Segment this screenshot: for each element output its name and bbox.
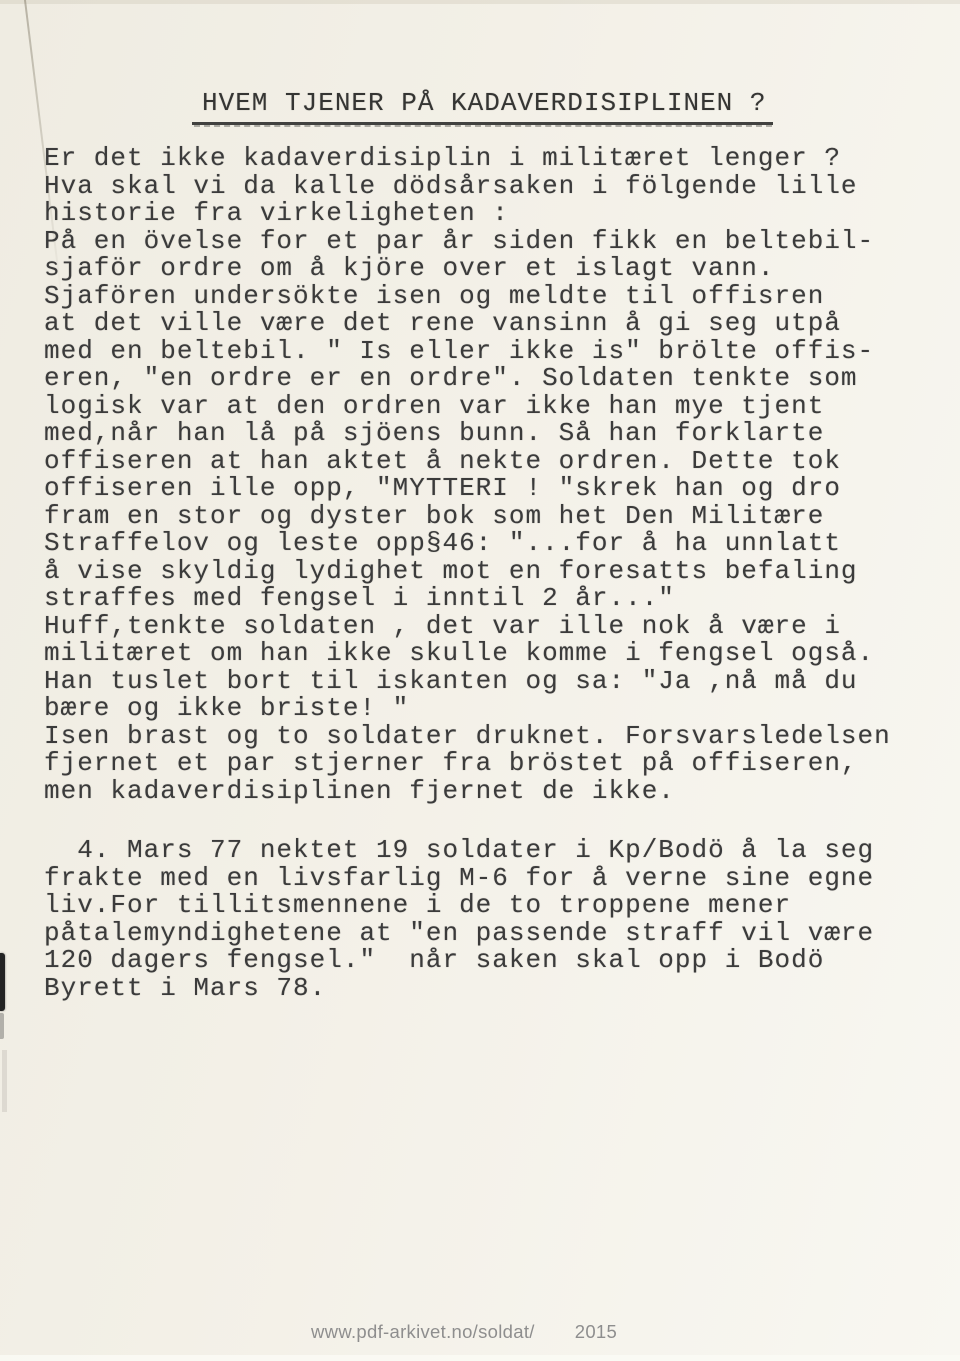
- text-line: straffes med fengsel i inntil 2 år...": [44, 585, 891, 613]
- scan-smudge-artifact: [0, 1013, 4, 1039]
- title-underline-dashes: [194, 125, 772, 127]
- text-line: med,når han lå på sjöens bunn. Så han fo…: [44, 420, 891, 448]
- text-line: men kadaverdisiplinen fjernet de ikke.: [44, 778, 891, 806]
- text-line: historie fra virkeligheten :: [44, 200, 891, 228]
- footer-url: www.pdf-arkivet.no/soldat/: [311, 1321, 535, 1342]
- text-line: liv.For tillitsmennene i de to troppene …: [44, 892, 874, 920]
- scanned-document-page: HVEM TJENER PÅ KADAVERDISIPLINEN ? Er de…: [0, 0, 960, 1361]
- scan-top-edge-shade: [0, 0, 960, 4]
- text-line: fjernet et par stjerner fra bröstet på o…: [44, 750, 891, 778]
- paragraph-bodo-case: 4. Mars 77 nektet 19 soldater i Kp/Bodö …: [44, 837, 874, 1002]
- text-line: militæret om han ikke skulle komme i fen…: [44, 640, 891, 668]
- text-line: Sjafören undersökte isen og meldte til o…: [44, 283, 891, 311]
- text-line: at det ville være det rene vansinn å gi …: [44, 310, 891, 338]
- text-line: offiseren at han aktet å nekte ordren. D…: [44, 448, 891, 476]
- text-line: påtalemyndighetene at "en passende straf…: [44, 920, 874, 948]
- text-line: logisk var at den ordren var ikke han my…: [44, 393, 891, 421]
- scan-bottom-edge-shade: [0, 1355, 960, 1361]
- text-line: bære og ikke briste! ": [44, 695, 891, 723]
- text-line: fram en stor og dyster bok som het Den M…: [44, 503, 891, 531]
- text-line: 120 dagers fengsel." når saken skal opp …: [44, 947, 874, 975]
- text-line: å vise skyldig lydighet mot en foresatts…: [44, 558, 891, 586]
- text-line: Hva skal vi da kalle dödsårsaken i fölge…: [44, 173, 891, 201]
- text-line: Byrett i Mars 78.: [44, 975, 874, 1003]
- page-title: HVEM TJENER PÅ KADAVERDISIPLINEN ?: [192, 88, 773, 125]
- text-line: eren, "en ordre er en ordre". Soldaten t…: [44, 365, 891, 393]
- text-line: Huff,tenkte soldaten , det var ille nok …: [44, 613, 891, 641]
- footer-watermark: www.pdf-arkivet.no/soldat/2015: [311, 1321, 617, 1343]
- paragraph-story: Er det ikke kadaverdisiplin i militæret …: [44, 145, 891, 805]
- text-line: med en beltebil. " Is eller ikke is" brö…: [44, 338, 891, 366]
- text-line: offiseren ille opp, "MYTTERI ! "skrek ha…: [44, 475, 891, 503]
- text-line: På en övelse for et par år siden fikk en…: [44, 228, 891, 256]
- scan-ink-smudge-artifact: [0, 953, 5, 1011]
- text-line: Straffelov og leste opp§46: "...for å ha…: [44, 530, 891, 558]
- footer-year: 2015: [575, 1321, 617, 1342]
- text-line: Isen brast og to soldater druknet. Forsv…: [44, 723, 891, 751]
- text-line: frakte med en livsfarlig M-6 for å verne…: [44, 865, 874, 893]
- text-line: sjaför ordre om å kjöre over et islagt v…: [44, 255, 891, 283]
- scan-smudge-faint-artifact: [2, 1050, 7, 1112]
- text-line: Han tuslet bort til iskanten og sa: "Ja …: [44, 668, 891, 696]
- text-line: Er det ikke kadaverdisiplin i militæret …: [44, 145, 891, 173]
- text-line: 4. Mars 77 nektet 19 soldater i Kp/Bodö …: [44, 837, 874, 865]
